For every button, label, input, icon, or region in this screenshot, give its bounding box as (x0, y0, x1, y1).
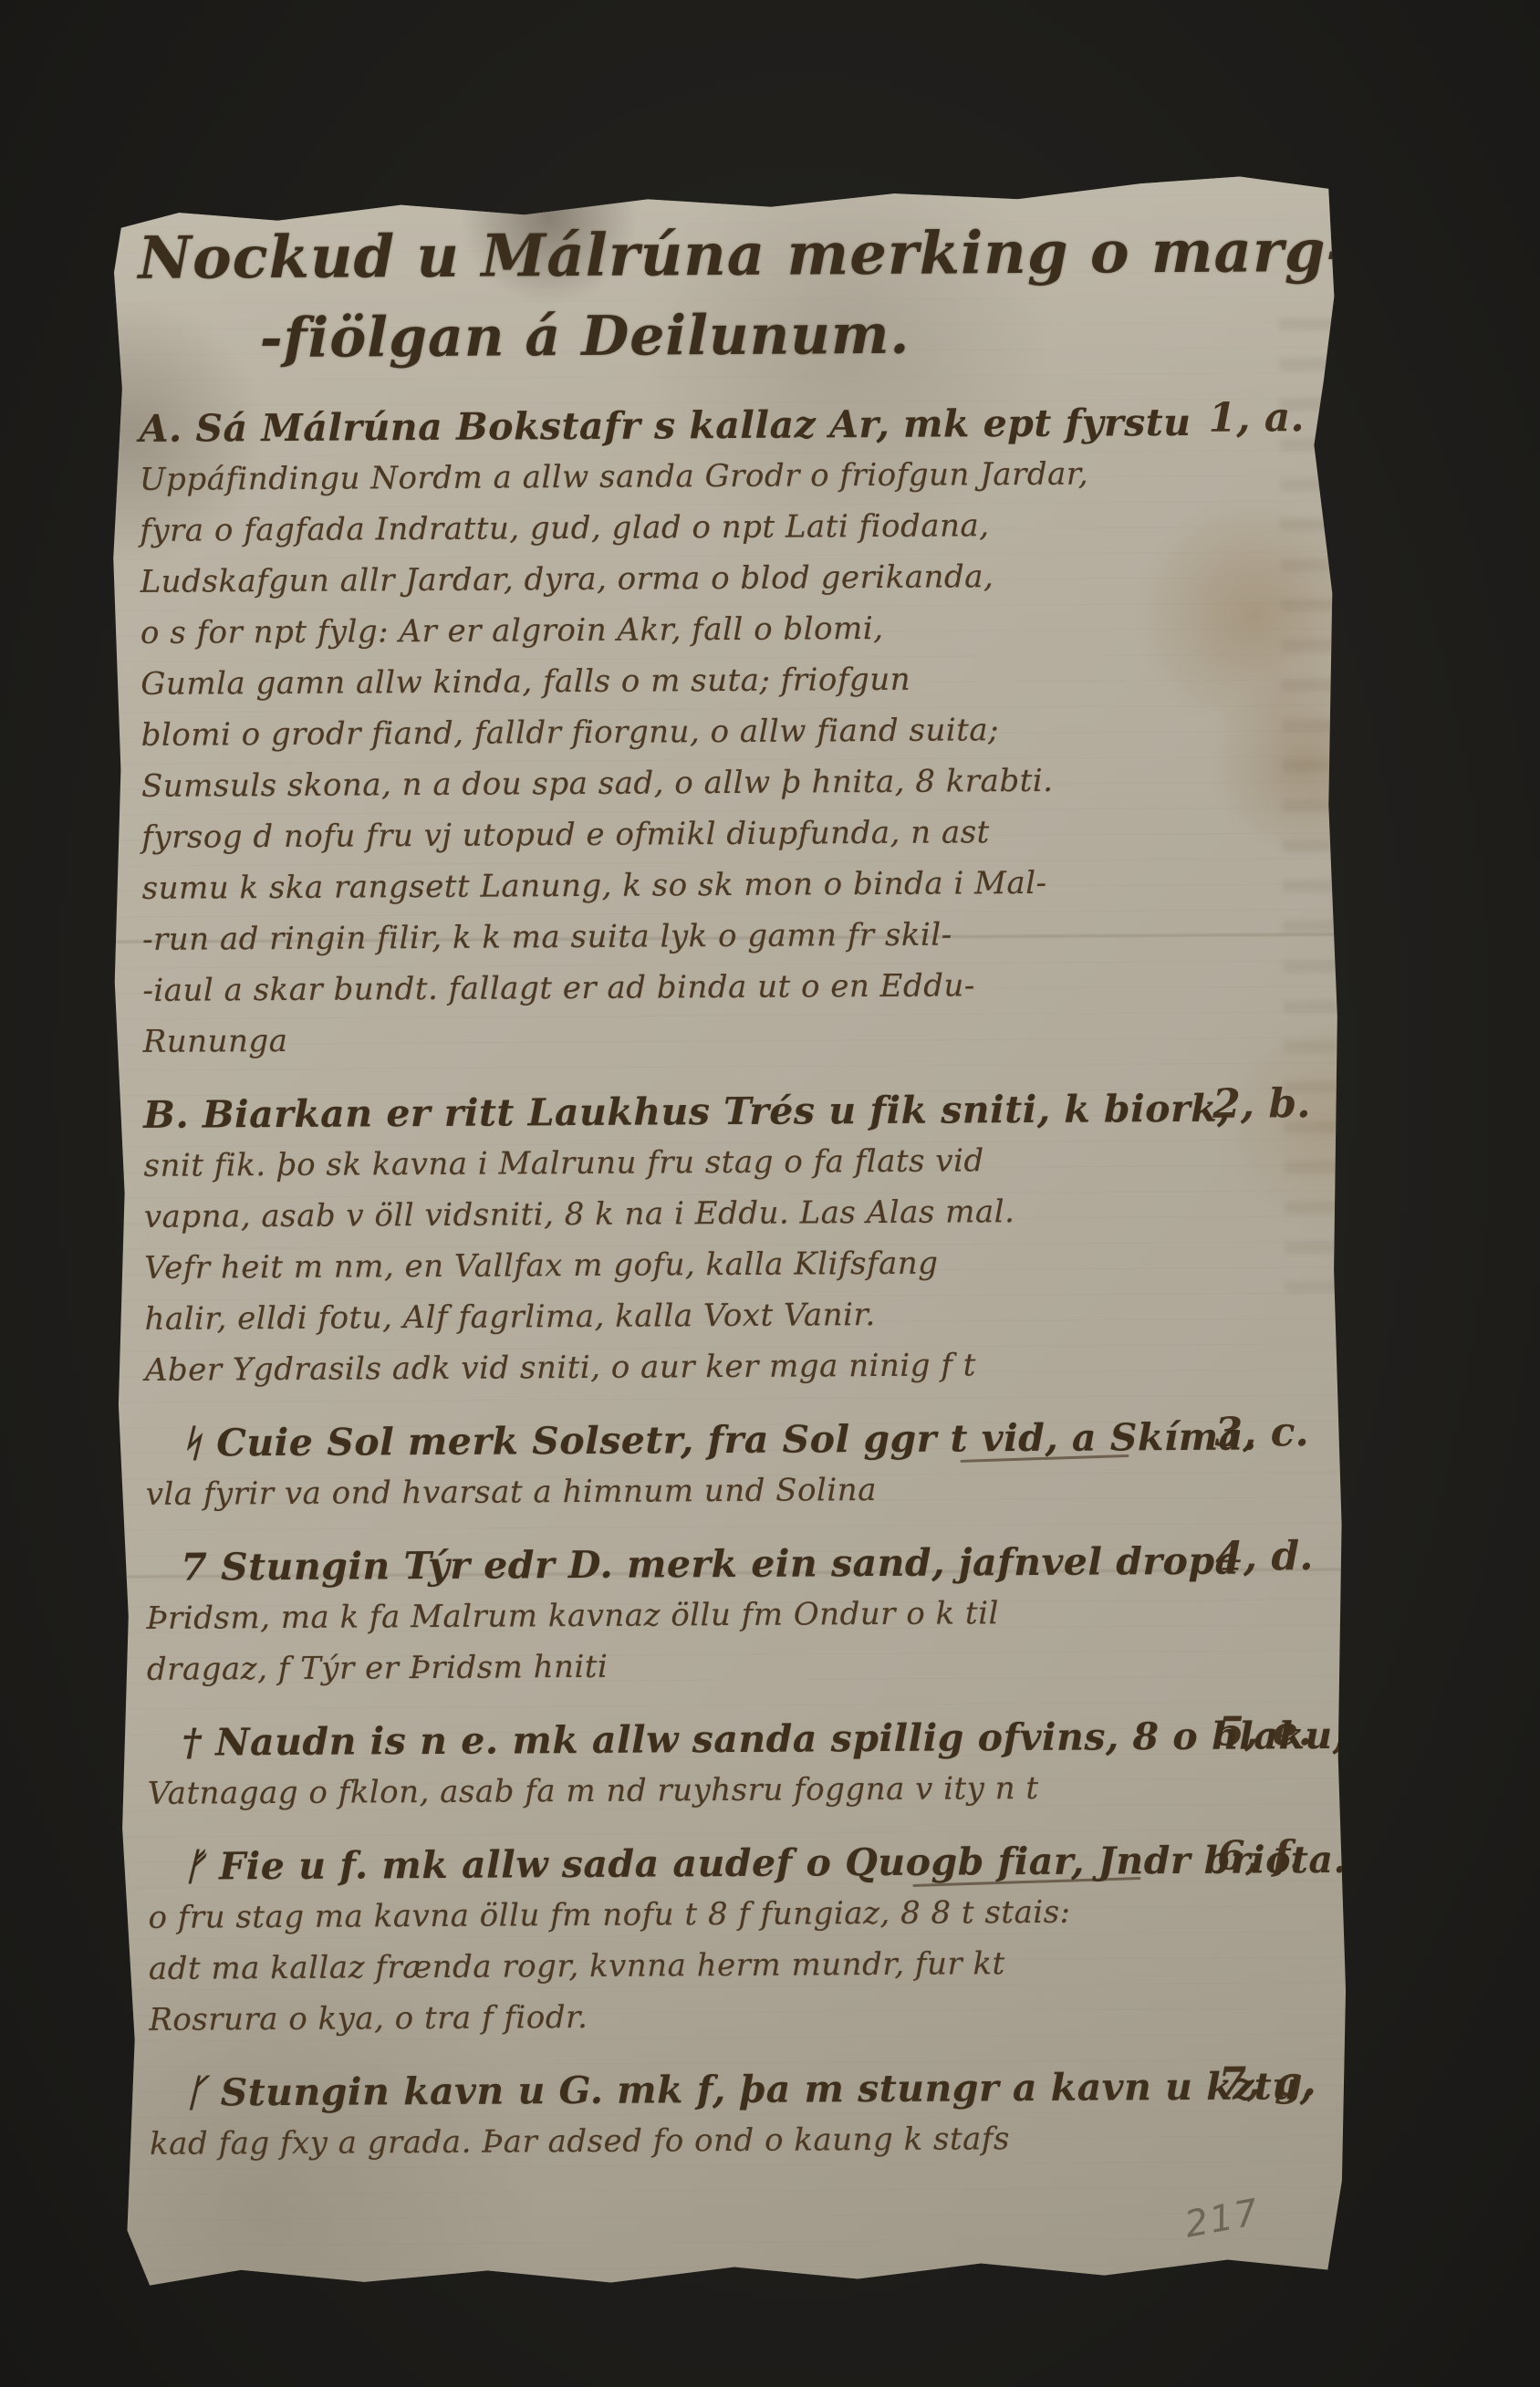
manuscript-section: 4, d.7 Stungin Týr edr D. merk ein sand,… (146, 1536, 1194, 1695)
handwritten-line: ᚠ Fie u f. mk allw sada audef o Quogb fi… (148, 1835, 1195, 1892)
handwritten-line: Uppáfindingu Nordm a allw sanda Grodr o … (140, 448, 1187, 506)
handwritten-line: † Naudn is n e. mk allw sanda spillig of… (147, 1711, 1194, 1768)
handwritten-line: o fru stag ma kavna öllu fm nofu t 8 f f… (148, 1886, 1195, 1944)
title-line-1: Nockud u Málrúna merking o marg- (138, 212, 976, 301)
manuscript-section: 6, f.ᚠ Fie u f. mk allw sada audef o Quo… (148, 1835, 1196, 2046)
handwritten-line: halir, elldi fotu, Alf fagrlima, kalla V… (144, 1287, 1191, 1345)
margin-number: 1, a. (1208, 394, 1327, 442)
handwritten-line: Vatnagag o fklon, asab fa m nd ruyhsru f… (148, 1762, 1195, 1819)
text-column: Nockud u Málrúna merking o marg- -fiölga… (138, 211, 1198, 2267)
handwritten-line: Aber Ygdrasils adk vid sniti, o aur ker … (145, 1339, 1192, 1396)
manuscript-section: 2, b.B. Biarkan er ritt Laukhus Trés u f… (143, 1083, 1192, 1396)
handwritten-line: o s for npt fylg: Ar er algroin Akr, fal… (140, 601, 1188, 659)
handwritten-line: -run ad ringin filir, k k ma suita lyk o… (142, 908, 1190, 965)
page-title: Nockud u Málrúna merking o marg- -fiölga… (138, 211, 1186, 378)
handwritten-line: fyra o fagfada Indrattu, gud, glad o npt… (140, 499, 1187, 557)
handwritten-line: blomi o grodr fiand, falldr fiorgnu, o a… (140, 704, 1188, 761)
handwritten-line: ᚴ Stungin kavn u G. mk f, þa m stungr a … (150, 2061, 1197, 2119)
ink-underline (961, 1454, 1129, 1463)
manuscript-section: 3, c.ᛋ Cuie Sol merk Solsetr, fra Sol gg… (145, 1412, 1193, 1520)
handwritten-line: Vefr heit m nm, en Vallfax m gofu, kalla… (144, 1236, 1191, 1294)
handwritten-line: vapna, asab v öll vidsniti, 8 k na i Edd… (144, 1185, 1191, 1243)
handwritten-line: snit fik. þo sk kavna i Malrunu fru stag… (143, 1134, 1191, 1192)
handwritten-line: fyrsog d nofu fru vj utopud e ofmikl diu… (141, 806, 1189, 863)
handwritten-line: Þridsm, ma k fa Malrum kavnaz öllu fm On… (146, 1587, 1193, 1644)
manuscript-section: 5, e.† Naudn is n e. mk allw sanda spill… (147, 1711, 1195, 1819)
handwritten-line: ᛋ Cuie Sol merk Solsetr, fra Sol ggr t v… (145, 1412, 1192, 1469)
ink-underline (912, 1877, 1140, 1887)
sections-container: 1, a.A. Sá Málrúna Bokstafr s kallaz Ar,… (139, 397, 1197, 2170)
handwritten-line: Sumsuls skona, n a dou spa sad, o allw þ… (141, 755, 1189, 812)
title-line-2: -fiölgan á Deilunum. (139, 296, 976, 378)
handwritten-line: Rosrura o kya, o tra f fiodr. (149, 1988, 1196, 2046)
manuscript-section: 7, g.ᚴ Stungin kavn u G. mk f, þa m stun… (150, 2061, 1198, 2170)
handwritten-line: Ludskafgun allr Jardar, dyra, orma o blo… (140, 550, 1187, 608)
handwritten-line: kad fag fxy a grada. Þar adsed fo ond o … (150, 2112, 1197, 2170)
handwritten-line: dragaz, f Týr er Þridsm hniti (147, 1638, 1194, 1695)
handwritten-line: B. Biarkan er ritt Laukhus Trés u fik sn… (143, 1083, 1191, 1141)
handwritten-line: adt ma kallaz frænda rogr, kvnna herm mu… (149, 1937, 1196, 1995)
handwritten-line: -iaul a skar bundt. fallagt er ad binda … (142, 959, 1190, 1016)
handwritten-line: vla fyrir va ond hvarsat a himnum und So… (146, 1463, 1193, 1520)
handwritten-line: Gumla gamn allw kinda, falls o m suta; f… (140, 652, 1188, 710)
handwritten-line: A. Sá Málrúna Bokstafr s kallaz Ar, mk e… (139, 397, 1186, 454)
handwritten-line: sumu k ska rangsett Lanung, k so sk mon … (142, 857, 1190, 914)
handwritten-line: Rununga (143, 1010, 1191, 1068)
manuscript-page: Nockud u Málrúna merking o marg- -fiölga… (105, 170, 1351, 2294)
manuscript-section: 1, a.A. Sá Málrúna Bokstafr s kallaz Ar,… (139, 397, 1190, 1068)
handwritten-line: 7 Stungin Týr edr D. merk ein sand, jafn… (146, 1536, 1193, 1593)
